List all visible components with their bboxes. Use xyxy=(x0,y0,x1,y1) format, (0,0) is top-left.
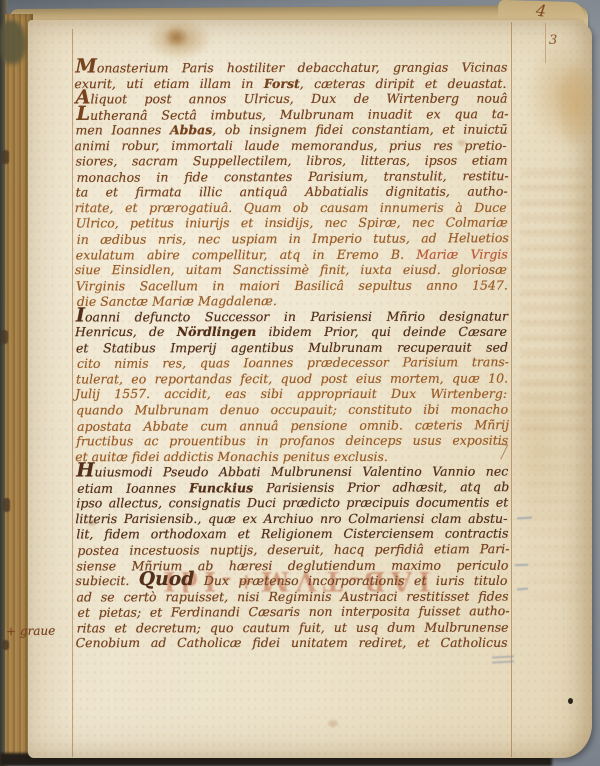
manuscript-line: Julij 1557. accidit, eas sibi appropriau… xyxy=(75,386,507,402)
manuscript-segment: Ioanni defuncto Successor in Parisiensi … xyxy=(76,308,508,324)
corner-rule xyxy=(545,23,546,63)
manuscript-line: animi robur, immortali laude memorandus,… xyxy=(75,138,507,154)
manuscript-segment: animi robur, immortali laude memorandus,… xyxy=(75,138,507,153)
paper-stain xyxy=(164,26,188,48)
manuscript-segment: Funckius xyxy=(189,480,253,495)
manuscript-line: et pietas; et Ferdinandi Cæsaris non int… xyxy=(78,603,510,620)
manuscript-segment: ibidem Prior, qui deinde Cæsare xyxy=(256,324,507,339)
manuscript-line: Monasterium Paris hostiliter debacchatur… xyxy=(75,60,507,76)
manuscript-line: ta et firmata illic antiquâ Abbatialis d… xyxy=(76,184,508,200)
manuscript-line: apostata Abbate cum annuâ pensione omnib… xyxy=(77,417,509,434)
manuscript-line: postea incestuosis nuptijs, deseruit, ha… xyxy=(77,541,509,558)
manuscript-segment: ritate, et prærogatiuâ. Quam ob causam i… xyxy=(75,200,507,215)
manuscript-line: lit, fidem orthodoxam et Religionem Cist… xyxy=(76,526,508,542)
manuscript-segment: Monasterium Paris hostiliter debacchatur… xyxy=(75,60,507,76)
manuscript-segment: monachos in fide constantes Parisium, tr… xyxy=(77,168,509,185)
manuscript-line: siores, sacram Suppellectilem, libros, l… xyxy=(76,153,508,169)
manuscript-segment: Mariæ Virgis xyxy=(416,246,507,261)
spine-stitch xyxy=(2,150,9,164)
pencil-scribble-note xyxy=(492,656,514,666)
spine-stitch xyxy=(1,330,8,344)
manuscript-line: Henricus, de Nördlingen ibidem Prior, qu… xyxy=(75,324,507,340)
manuscript-segment: Nördlingen xyxy=(177,324,256,339)
manuscript-line: exulatum abire compellitur, atq in Eremo… xyxy=(76,246,508,262)
manuscript-line: tulerat, eo reportandas fecit, quod post… xyxy=(76,370,508,386)
manuscript-segment: Ulrico, petitus iniurijs et insidijs, ne… xyxy=(76,215,508,231)
manuscript-segment: ritas et decretum; quo cautum fuit, ut u… xyxy=(77,619,509,635)
manuscript-segment: et auitæ fidei addictis Monachis penitus… xyxy=(75,449,388,464)
manuscript-line: ipso allectus, consignatis Duci prædicto… xyxy=(76,495,508,511)
manuscript-line: Ioanni defuncto Successor in Parisiensi … xyxy=(76,308,508,324)
manuscript-segment: ad se certò rapuisset, nisi Regiminis Au… xyxy=(76,588,508,604)
manuscript-line: ritas et decretum; quo cautum fuit, ut u… xyxy=(77,619,509,635)
binding-corner xyxy=(0,20,26,64)
right-margin-rule xyxy=(511,22,512,757)
manuscript-segment: et pietas; et Ferdinandi Cæsaris non int… xyxy=(78,603,510,620)
verso-bleedthrough-text xyxy=(520,170,586,440)
manuscript-segment: postea incestuosis nuptijs, deseruit, ha… xyxy=(77,541,509,558)
manuscript-segment: ta et firmata illic antiquâ Abbatialis d… xyxy=(76,184,508,200)
manuscript-segment: Forst xyxy=(264,76,300,91)
manuscript-segment: quando Mulbrunam denuo occupauit; consti… xyxy=(76,402,508,418)
foxing-spot xyxy=(328,720,338,727)
manuscript-segment: tulerat, eo reportandas fecit, quod post… xyxy=(76,370,508,386)
margin-note-graue: + graue xyxy=(6,624,56,639)
edge-damage xyxy=(556,60,596,150)
manuscript-segment: Quod xyxy=(139,568,195,590)
manuscript-line: Ulrico, petitus iniurijs et insidijs, ne… xyxy=(76,215,508,231)
manuscript-line: men Ioannes Abbas, ob insignem fidei con… xyxy=(76,122,508,138)
manuscript-segment: Aliquot post annos Ulricus, Dux de Wirte… xyxy=(75,91,507,107)
manuscript-segment: Henricus, de xyxy=(75,324,177,339)
folio-number-current: 3 xyxy=(549,33,565,48)
manuscript-segment: apostata Abbate cum annuâ pensione omnib… xyxy=(77,417,509,434)
manuscript-segment: , ob insignem fidei constantiam, et inui… xyxy=(212,122,507,138)
manuscript-segment: Abbas xyxy=(170,122,212,137)
manuscript-text: Monasterium Paris hostiliter debacchatur… xyxy=(75,60,508,652)
manuscript-segment: Parisiensis Prior adhæsit, atq ab xyxy=(253,479,509,495)
manuscript-segment: siue Einsidlen, uitam Sanctissimè finit,… xyxy=(75,262,507,277)
manuscript-segment: etiam Ioannes xyxy=(77,480,189,495)
manuscript-segment: Virginis Sacellum in maiori Basilicâ sep… xyxy=(76,277,508,293)
manuscript-segment: exulatum abire compellitur, atq in Eremo… xyxy=(76,246,417,262)
left-margin-rule xyxy=(72,29,73,757)
manuscript-line: in ædibus nris, nec uspiam in Imperio tu… xyxy=(77,230,509,247)
manuscript-line: Aliquot post annos Ulricus, Dux de Wirte… xyxy=(75,91,507,107)
manuscript-line: Cenobium ad Catholicæ fidei unitatem red… xyxy=(76,635,508,651)
manuscript-page: 3 IAB-TVM+-IdI Monasterium Paris hostili… xyxy=(28,20,592,758)
manuscript-segment: litteris Parisiensib., quæ ex Archiuo nr… xyxy=(75,511,507,526)
manuscript-segment: Lutheranâ Sectâ imbutus, Mulbrunam inuad… xyxy=(76,106,508,123)
manuscript-segment: et Statibus Imperij agentibus Mulbrunam … xyxy=(76,339,508,355)
manuscript-line: quando Mulbrunam denuo occupauit; consti… xyxy=(76,402,508,418)
manuscript-line: die Sanctæ Mariæ Magdalenæ. xyxy=(77,292,509,309)
manuscript-segment: fructibus ac prouentibus in profanos dei… xyxy=(76,433,508,449)
manuscript-segment: , cæteras diripit et deuastat. xyxy=(300,75,507,90)
manuscript-segment: ipso allectus, consignatis Duci prædicto… xyxy=(76,495,508,511)
manuscript-photo: 4 3 IAB-TVM+-IdI Monasterium Paris hosti… xyxy=(0,0,600,766)
manuscript-segment: exurit, uti etiam illam in xyxy=(74,76,263,91)
manuscript-segment: Huiusmodi Pseudo Abbati Mulbrunensi Vale… xyxy=(76,464,508,480)
manuscript-line: et auitæ fidei addictis Monachis penitus… xyxy=(75,449,507,465)
manuscript-segment: cito nimis res, quas Ioannes prædecessor… xyxy=(77,354,509,371)
manuscript-line: ad se certò rapuisset, nisi Regiminis Au… xyxy=(76,588,508,604)
manuscript-segment: lit, fidem orthodoxam et Religionem Cist… xyxy=(76,526,508,542)
manuscript-line: etiam Ioannes Funckius Parisiensis Prior… xyxy=(77,479,509,496)
manuscript-line: subiecit. Quod Dux prætenso incorporatio… xyxy=(75,573,507,589)
manuscript-line: Lutheranâ Sectâ imbutus, Mulbrunam inuad… xyxy=(76,106,508,123)
manuscript-segment: Cenobium ad Catholicæ fidei unitatem red… xyxy=(76,635,508,650)
manuscript-segment: subiecit. xyxy=(75,573,138,588)
manuscript-line: fructibus ac prouentibus in profanos dei… xyxy=(76,433,508,449)
manuscript-line: monachos in fide constantes Parisium, tr… xyxy=(77,168,509,185)
spine-stitch xyxy=(2,640,9,650)
manuscript-segment: in ædibus nris, nec uspiam in Imperio tu… xyxy=(77,230,509,247)
manuscript-line: ritate, et prærogatiuâ. Quam ob causam i… xyxy=(75,200,507,216)
manuscript-line: Huiusmodi Pseudo Abbati Mulbrunensi Vale… xyxy=(76,464,508,480)
spine-stitch xyxy=(3,498,10,512)
manuscript-segment: Dux prætenso incorporationis et iuris ti… xyxy=(194,573,507,588)
manuscript-line: cito nimis res, quas Ioannes prædecessor… xyxy=(77,354,509,371)
manuscript-line: Virginis Sacellum in maiori Basilicâ sep… xyxy=(76,277,508,293)
verso-bleedthrough-text xyxy=(528,450,584,600)
manuscript-segment: siores, sacram Suppellectilem, libros, l… xyxy=(76,153,508,169)
ink-speck xyxy=(568,698,573,704)
manuscript-segment: Julij 1557. accidit, eas sibi appropriau… xyxy=(75,386,507,401)
manuscript-line: exurit, uti etiam illam in Forst, cætera… xyxy=(74,75,506,91)
manuscript-segment: die Sanctæ Mariæ Magdalenæ. xyxy=(77,293,277,309)
manuscript-line: litteris Parisiensib., quæ ex Archiuo nr… xyxy=(75,511,507,527)
manuscript-line: siue Einsidlen, uitam Sanctissimè finit,… xyxy=(75,262,507,278)
